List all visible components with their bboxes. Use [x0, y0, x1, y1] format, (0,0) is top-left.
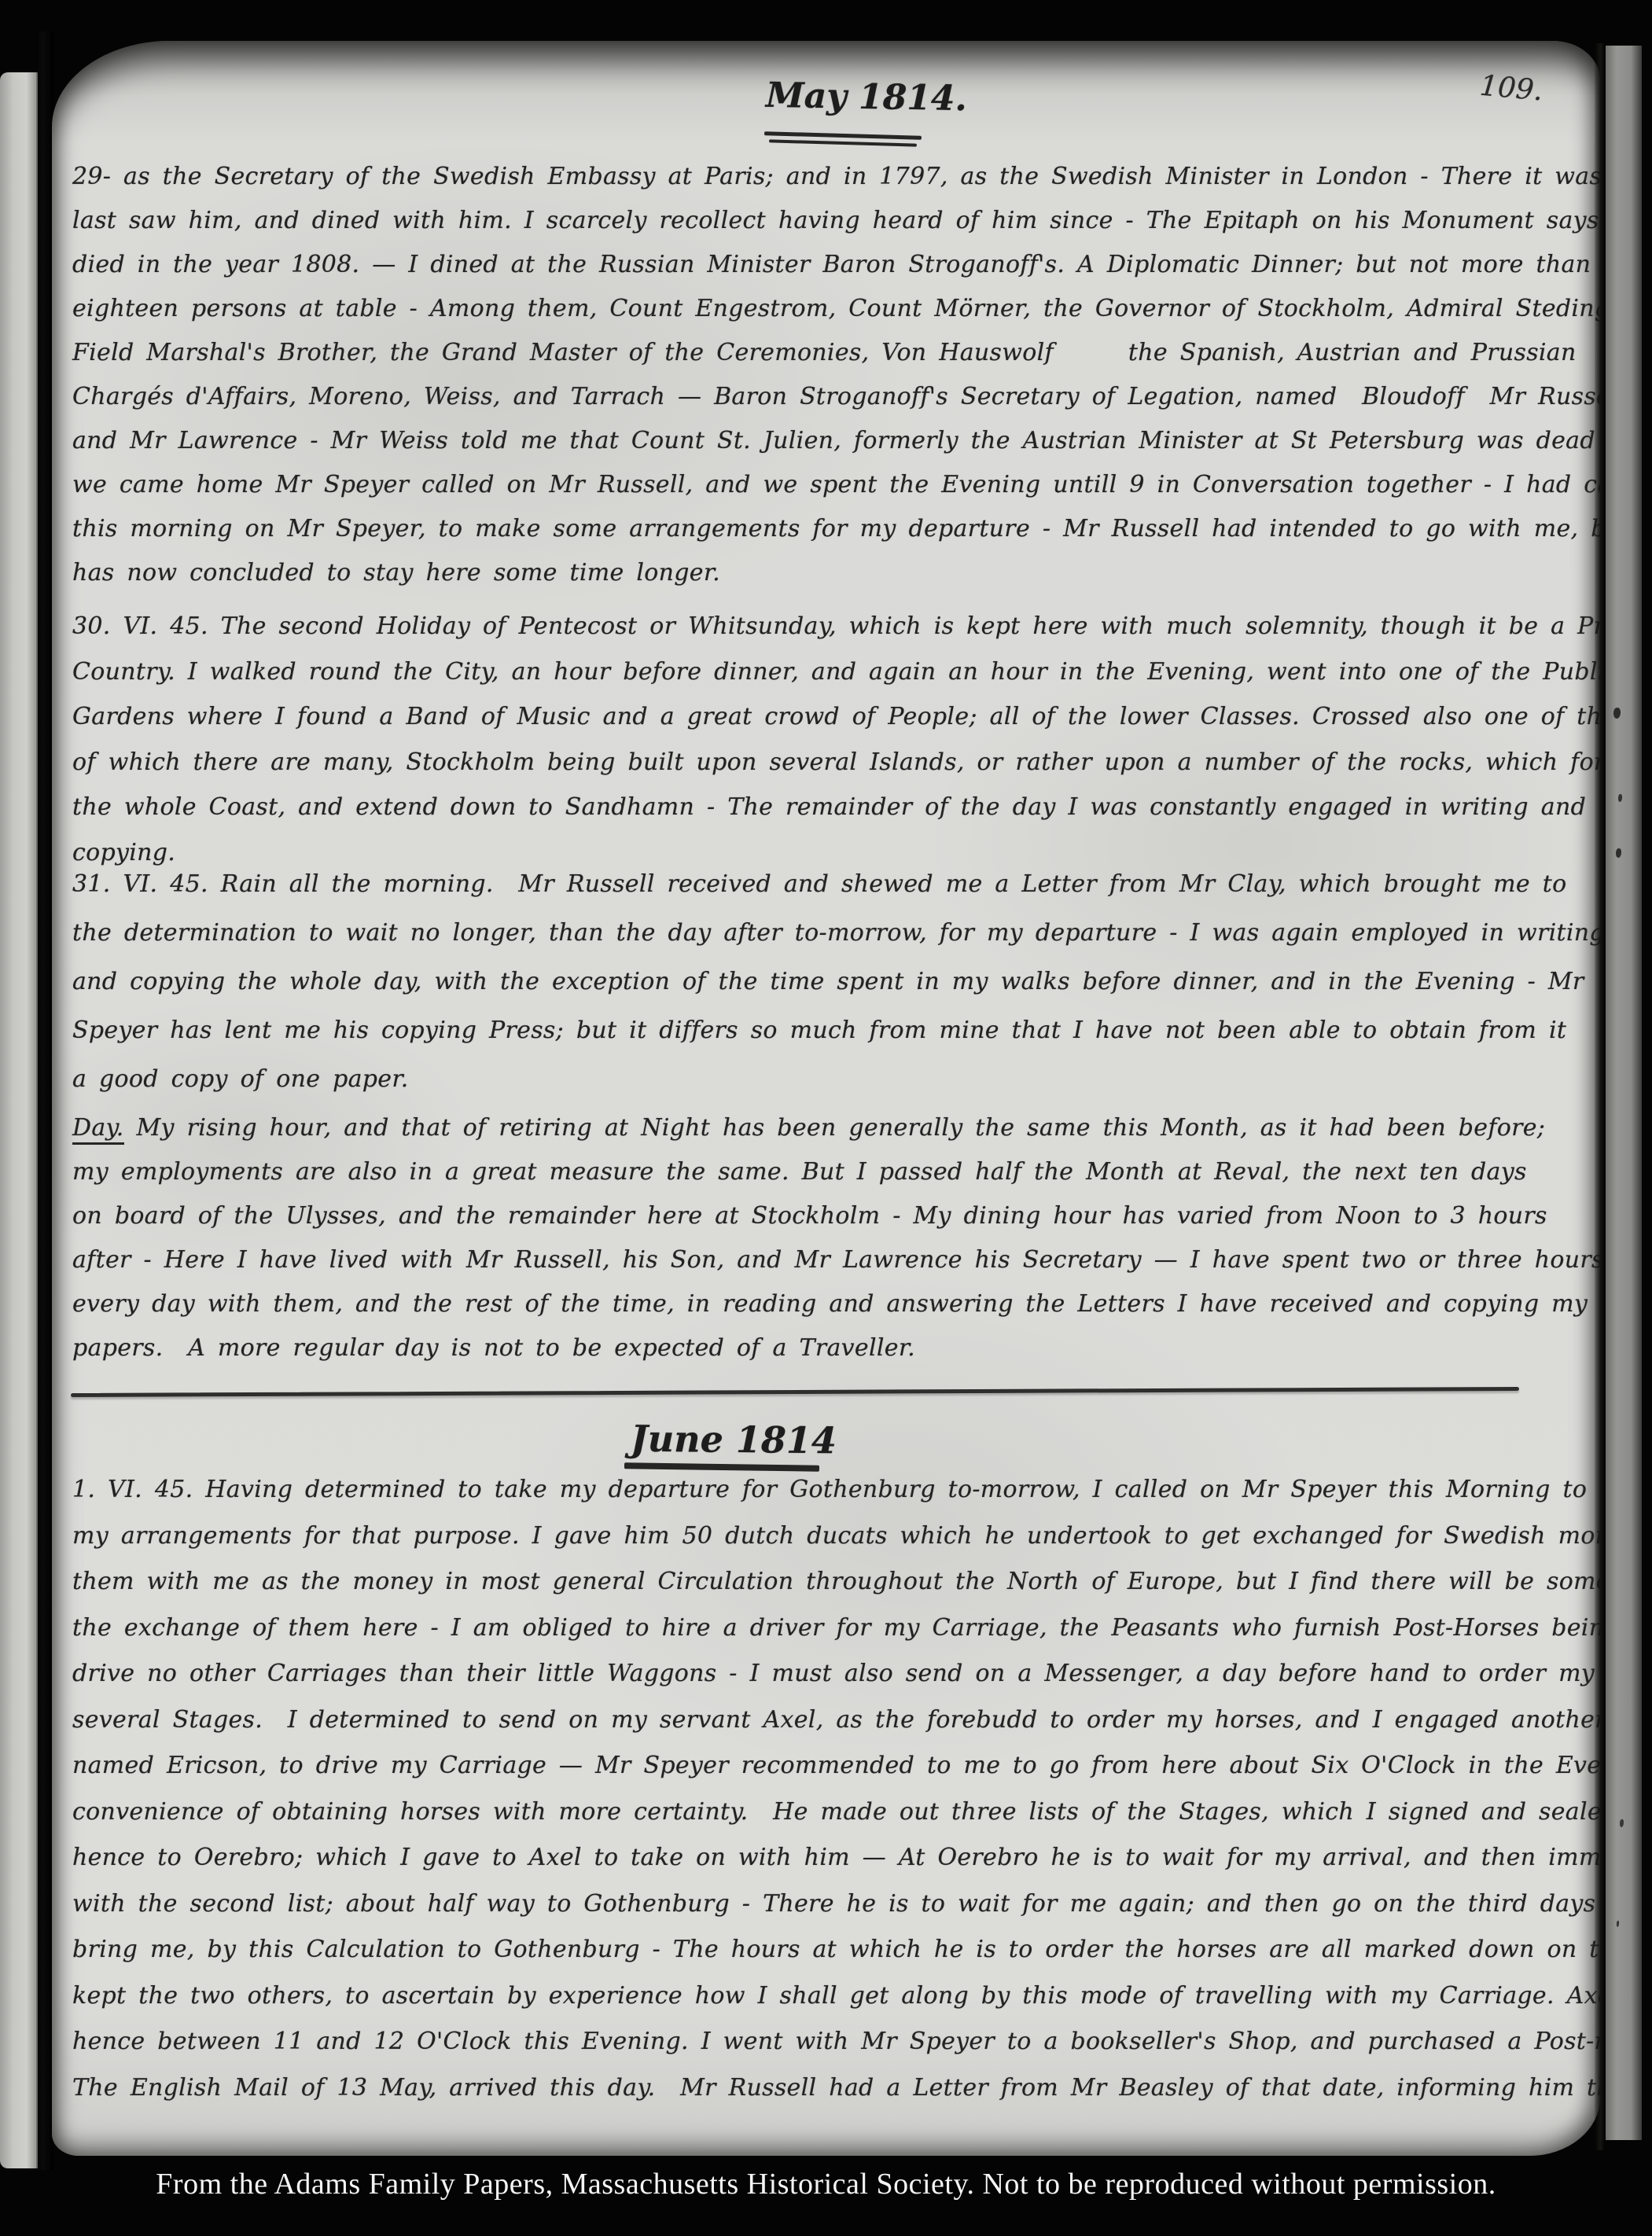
handwritten-line: with the second list; about half way to … [72, 1887, 1600, 1922]
adjacent-page-edge [0, 72, 38, 2168]
handwritten-line: kept the two others, to ascertain by exp… [72, 1979, 1600, 2014]
handwritten-line: several Stages. I determined to send on … [72, 1703, 1600, 1738]
handwritten-line: hence between 11 and 12 O'Clock this Eve… [72, 2025, 1600, 2059]
handwritten-line: drive no other Carriages than their litt… [72, 1657, 1600, 1691]
entry-june-1: 1. VI. 45. Having determined to take my … [52, 41, 1600, 2156]
handwritten-line: hence to Oerebro; which I gave to Axel t… [72, 1841, 1600, 1875]
handwritten-line: my arrangements for that purpose. I gave… [72, 1519, 1600, 1554]
page-right-edge [1595, 43, 1606, 2150]
book-fore-edge [1606, 46, 1642, 2140]
handwritten-line: The English Mail of 13 May, arrived this… [72, 2071, 1600, 2105]
handwritten-line: named Ericson, to drive my Carriage — Mr… [72, 1749, 1600, 1783]
handwritten-line: bring me, by this Calculation to Gothenb… [72, 1933, 1600, 1967]
handwritten-line: the exchange of them here - I am obliged… [72, 1611, 1600, 1646]
scanned-diary-photograph: 109. May 1814. 29- as the Secretary of t… [0, 0, 1652, 2236]
handwritten-line: convenience of obtaining horses with mor… [72, 1795, 1600, 1830]
credit-line: From the Adams Family Papers, Massachuse… [0, 2167, 1652, 2201]
binding-gutter-shadow [36, 31, 53, 2170]
handwritten-line: 1. VI. 45. Having determined to take my … [72, 1473, 1600, 1507]
handwritten-line: them with me as the money in most genera… [72, 1565, 1600, 1599]
diary-page: 109. May 1814. 29- as the Secretary of t… [52, 41, 1600, 2156]
